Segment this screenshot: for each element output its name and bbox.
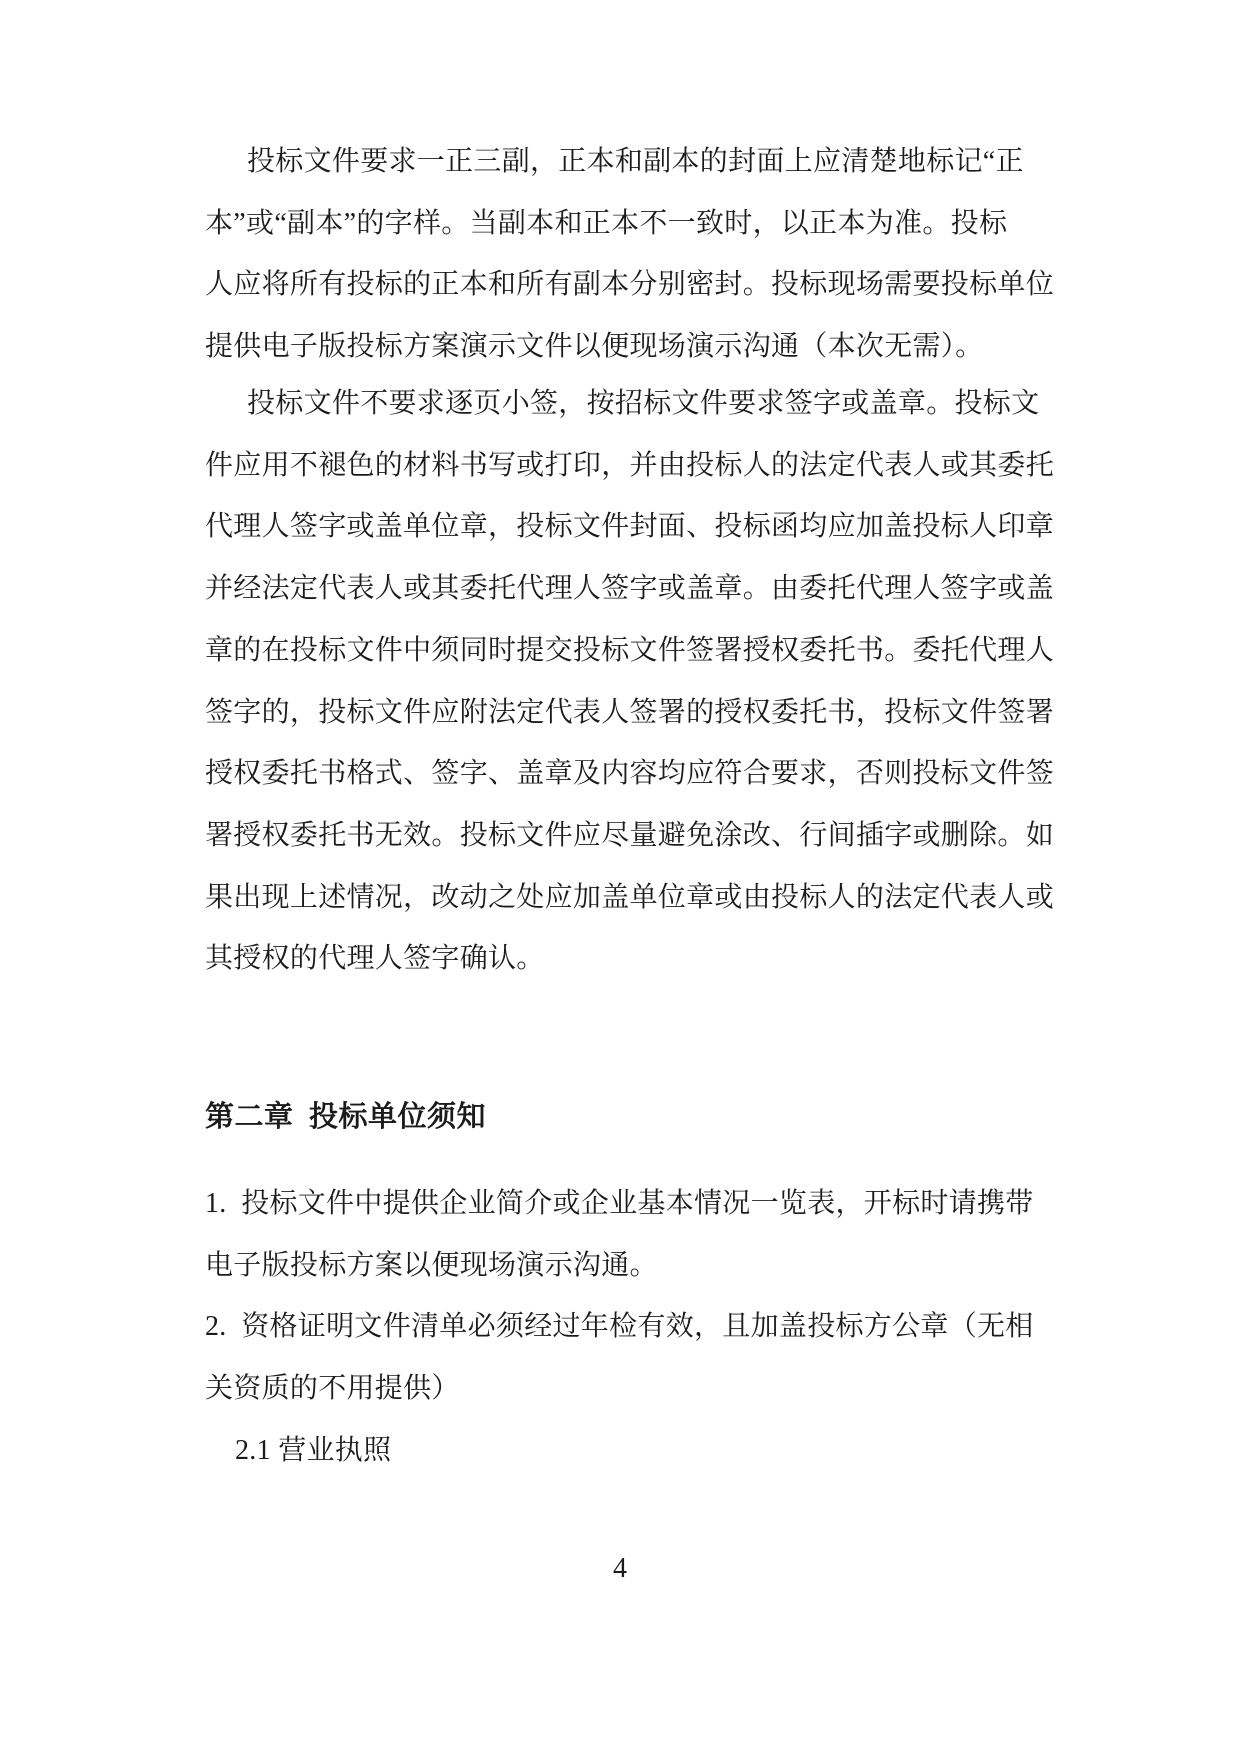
notice-item-2: 2. 资格证明文件清单必须经过年检有效，且加盖投标方公章（无相关资质的不用提供） (205, 1296, 1050, 1419)
text-line: 提供电子版投标方案演示文件以便现场演示沟通（本次无需）。 (205, 316, 1050, 378)
text-line: 1. 投标文件中提供企业简介或企业基本情况一览表，开标时请携带 (205, 1173, 1050, 1235)
chapter-heading: 第二章 投标单位须知 (205, 1094, 1050, 1140)
text-line: 并经法定代表人或其委托代理人签字或盖章。由委托代理人签字或盖 (205, 558, 1050, 620)
notice-list: 1. 投标文件中提供企业简介或企业基本情况一览表，开标时请携带电子版投标方案以便… (205, 1173, 1050, 1482)
text-line: 件应用不褪色的材料书写或打印，并由投标人的法定代表人或其委托 (205, 435, 1050, 497)
document-page: 投标文件要求一正三副，正本和副本的封面上应清楚地标记“正本”或“副本”的字样。当… (0, 0, 1240, 1755)
page-number: 4 (0, 1549, 1240, 1589)
text-line: 电子版投标方案以便现场演示沟通。 (205, 1235, 1050, 1297)
text-line: 关资质的不用提供） (205, 1358, 1050, 1420)
paragraph-signing-seal: 投标文件不要求逐页小签，按招标文件要求签字或盖章。投标文件应用不褪色的材料书写或… (205, 373, 1050, 990)
text-line: 其授权的代理人签字确认。 (205, 928, 1050, 990)
notice-item-2-1: 2.1 营业执照 (205, 1420, 1050, 1482)
text-line: 投标文件要求一正三副，正本和副本的封面上应清楚地标记“正 (205, 131, 1050, 193)
text-line: 投标文件不要求逐页小签，按招标文件要求签字或盖章。投标文 (205, 373, 1050, 435)
text-line: 授权委托书格式、签字、盖章及内容均应符合要求，否则投标文件签 (205, 743, 1050, 805)
notice-item-1: 1. 投标文件中提供企业简介或企业基本情况一览表，开标时请携带电子版投标方案以便… (205, 1173, 1050, 1296)
text-line: 署授权委托书无效。投标文件应尽量避免涂改、行间插字或删除。如 (205, 805, 1050, 867)
text-line: 签字的，投标文件应附法定代表人签署的授权委托书，投标文件签署 (205, 682, 1050, 744)
text-line: 2. 资格证明文件清单必须经过年检有效，且加盖投标方公章（无相 (205, 1296, 1050, 1358)
text-line: 本”或“副本”的字样。当副本和正本不一致时，以正本为准。投标 (205, 193, 1050, 255)
paragraph-bid-copies: 投标文件要求一正三副，正本和副本的封面上应清楚地标记“正本”或“副本”的字样。当… (205, 131, 1050, 378)
text-line: 代理人签字或盖单位章，投标文件封面、投标函均应加盖投标人印章 (205, 496, 1050, 558)
text-line: 人应将所有投标的正本和所有副本分别密封。投标现场需要投标单位 (205, 254, 1050, 316)
text-line: 章的在投标文件中须同时提交投标文件签署授权委托书。委托代理人 (205, 620, 1050, 682)
text-line: 果出现上述情况，改动之处应加盖单位章或由投标人的法定代表人或 (205, 867, 1050, 929)
